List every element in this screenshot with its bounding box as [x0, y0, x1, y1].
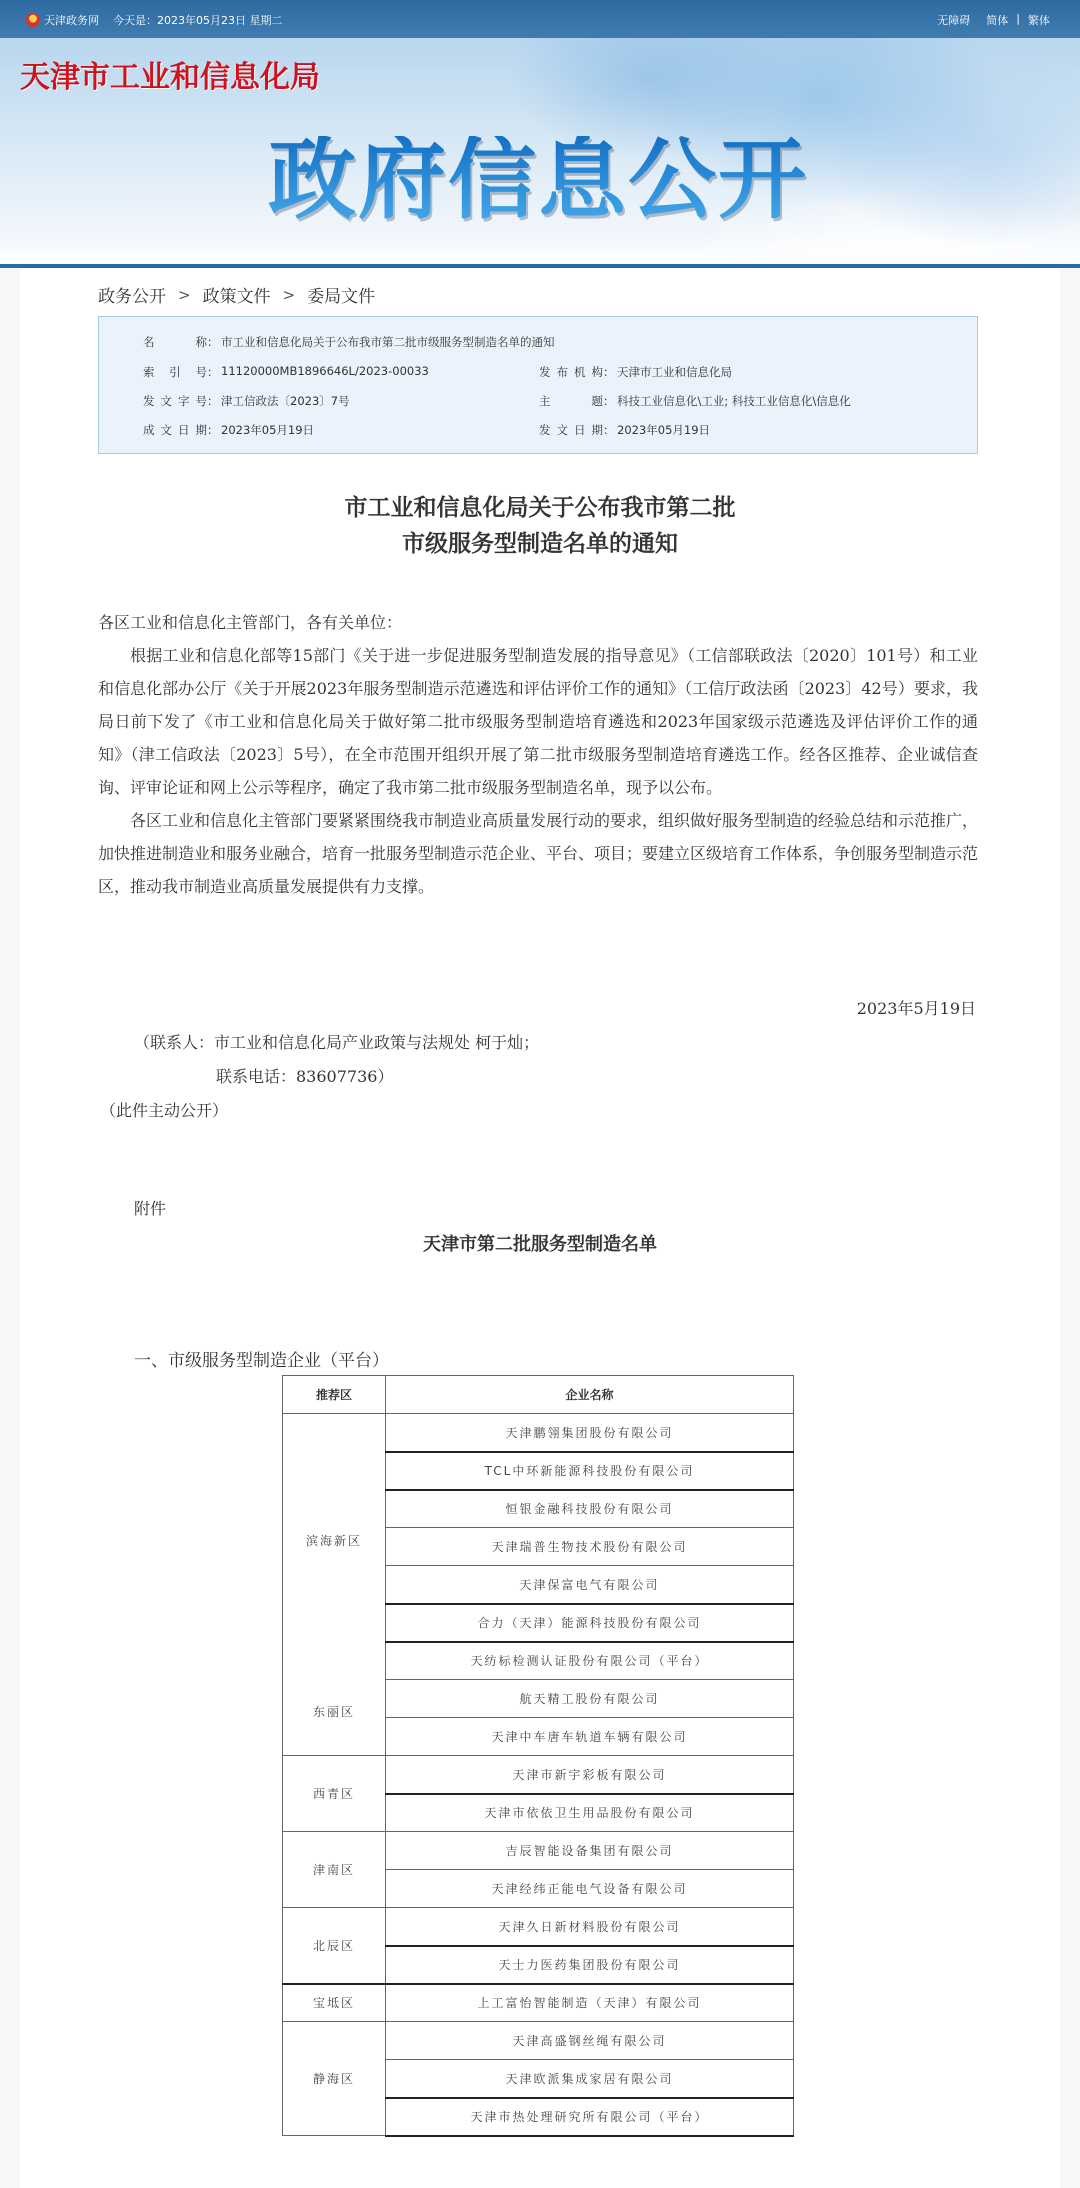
simplified-link[interactable]: 简体	[986, 12, 1008, 28]
company-cell: 天津瑞普生物技术股份有限公司	[386, 1528, 794, 1566]
company-cell: TCL中环新能源科技股份有限公司	[386, 1452, 794, 1490]
section-heading: 一、市级服务型制造企业（平台）	[134, 1346, 389, 1371]
breadcrumb-separator: >	[178, 286, 191, 304]
info-row-publisher: 发布机构 ： 天津市工业和信息化局	[539, 364, 732, 380]
main-content: 政务公开 > 政策文件 > 委局文件 名称 ： 市工业和信息化局关于公布我市第二…	[20, 268, 1060, 2188]
info-value: 市工业和信息化局关于公布我市第二批市级服务型制造名单的通知	[221, 334, 555, 350]
contact-person: （联系人：市工业和信息化局产业政策与法规处 柯于灿；	[134, 1030, 539, 1053]
header-banner: 天津市工业和信息化局 政府信息公开	[0, 38, 1080, 266]
company-cell: 天津高盛钢丝绳有限公司	[386, 2022, 794, 2060]
breadcrumb-item-policy-docs[interactable]: 政策文件	[203, 282, 271, 307]
company-cell: 天津经纬正能电气设备有限公司	[386, 1870, 794, 1908]
info-label: 发布机构	[539, 364, 603, 380]
info-row-created: 成文日期 ： 2023年05月19日	[143, 422, 314, 438]
site-name-link[interactable]: 天津政务网	[44, 12, 99, 28]
salutation: 各区工业和信息化主管部门，各有关单位：	[98, 606, 978, 639]
national-emblem-icon	[26, 13, 40, 27]
top-bar-left: 天津政务网 今天是：2023年05月23日 星期二	[26, 12, 296, 28]
top-bar: 天津政务网 今天是：2023年05月23日 星期二 无障碍 简体 | 繁体	[0, 0, 1080, 38]
company-cell: 合力（天津）能源科技股份有限公司	[386, 1604, 794, 1642]
district-cell: 北辰区	[283, 1908, 386, 1984]
lang-separator: |	[1016, 12, 1020, 28]
table-row: 滨海新区 东丽区 天津鹏翎集团股份有限公司	[283, 1414, 794, 1452]
info-label: 名称	[143, 334, 207, 350]
district-cell: 滨海新区 东丽区	[283, 1414, 386, 1756]
info-label: 索引号	[143, 364, 207, 380]
info-label: 发文日期	[539, 422, 603, 438]
table-row: 静海区 天津高盛钢丝绳有限公司	[283, 2022, 794, 2060]
company-cell: 天士力医药集团股份有限公司	[386, 1946, 794, 1984]
table-header-row: 推荐区 企业名称	[283, 1376, 794, 1414]
paragraph-1: 根据工业和信息化部等15部门《关于进一步促进服务型制造发展的指导意见》（工信部联…	[98, 639, 978, 804]
district-cell: 西青区	[283, 1756, 386, 1832]
info-value: 科技工业信息化\工业; 科技工业信息化\信息化	[617, 393, 851, 409]
info-label: 发文字号	[143, 393, 207, 409]
company-cell: 吉辰智能设备集团有限公司	[386, 1832, 794, 1870]
company-cell: 天津市新宇彩板有限公司	[386, 1756, 794, 1794]
company-cell: 天纺标检测认证股份有限公司（平台）	[386, 1642, 794, 1680]
signature-date: 2023年5月19日	[98, 996, 976, 1019]
paragraph-2: 各区工业和信息化主管部门要紧紧围绕我市制造业高质量发展行动的要求，组织做好服务型…	[98, 804, 978, 903]
district-cell: 宝坻区	[283, 1984, 386, 2022]
info-row-index: 索引号 ： 11120000MB1896646L/2023-00033	[143, 364, 429, 380]
district-cell: 津南区	[283, 1832, 386, 1908]
breadcrumb: 政务公开 > 政策文件 > 委局文件	[98, 282, 375, 307]
table-row: 北辰区 天津久日新材料股份有限公司	[283, 1908, 794, 1946]
info-value: 2023年05月19日	[617, 422, 710, 438]
company-list-table: 推荐区 企业名称 滨海新区 东丽区 天津鹏翎集团股份有限公司 TCL中环新能源科…	[282, 1375, 794, 2137]
info-row-docno: 发文字号 ： 津工信政法〔2023〕7号	[143, 393, 350, 409]
attachment-label: 附件	[134, 1196, 166, 1219]
info-row-issued: 发文日期 ： 2023年05月19日	[539, 422, 710, 438]
company-cell: 恒银金融科技股份有限公司	[386, 1490, 794, 1528]
table-row: 津南区 吉辰智能设备集团有限公司	[283, 1832, 794, 1870]
document-info-box: 名称 ： 市工业和信息化局关于公布我市第二批市级服务型制造名单的通知 索引号 ：…	[98, 316, 978, 454]
info-value: 2023年05月19日	[221, 422, 314, 438]
company-cell: 天津欧派集成家居有限公司	[386, 2060, 794, 2098]
info-row-topic: 主题 ： 科技工业信息化\工业; 科技工业信息化\信息化	[539, 393, 851, 409]
table-row: 西青区 天津市新宇彩板有限公司	[283, 1756, 794, 1794]
district-binhai: 滨海新区	[283, 1532, 385, 1549]
breadcrumb-item-bureau-docs[interactable]: 委局文件	[307, 282, 375, 307]
company-cell: 天津市热处理研究所有限公司（平台）	[386, 2098, 794, 2136]
info-label: 成文日期	[143, 422, 207, 438]
header-district: 推荐区	[283, 1376, 386, 1414]
info-value: 津工信政法〔2023〕7号	[221, 393, 350, 409]
breadcrumb-separator: >	[283, 286, 296, 304]
company-cell: 天津市依依卫生用品股份有限公司	[386, 1794, 794, 1832]
district-dongli: 东丽区	[283, 1703, 385, 1720]
accessibility-link[interactable]: 无障碍	[937, 12, 970, 28]
bureau-logo-text[interactable]: 天津市工业和信息化局	[20, 52, 320, 96]
attachment-title: 天津市第二批服务型制造名单	[20, 1230, 1060, 1256]
company-cell: 天津久日新材料股份有限公司	[386, 1908, 794, 1946]
table-row: 宝坻区 上工富怡智能制造（天津）有限公司	[283, 1984, 794, 2022]
company-cell: 天津鹏翎集团股份有限公司	[386, 1414, 794, 1452]
company-cell: 上工富怡智能制造（天津）有限公司	[386, 1984, 794, 2022]
info-row-name: 名称 ： 市工业和信息化局关于公布我市第二批市级服务型制造名单的通知	[143, 334, 555, 350]
article-body: 各区工业和信息化主管部门，各有关单位： 根据工业和信息化部等15部门《关于进一步…	[98, 606, 978, 903]
banner-title: 政府信息公开	[268, 136, 808, 224]
company-cell: 航天精工股份有限公司	[386, 1680, 794, 1718]
district-cell: 静海区	[283, 2022, 386, 2136]
top-bar-right: 无障碍 简体 | 繁体	[921, 12, 1050, 28]
company-cell: 天津保富电气有限公司	[386, 1566, 794, 1604]
info-value: 天津市工业和信息化局	[617, 364, 732, 380]
contact-phone: 联系电话：83607736）	[216, 1064, 393, 1087]
public-note: （此件主动公开）	[100, 1098, 228, 1121]
breadcrumb-item-gov-affairs[interactable]: 政务公开	[98, 282, 166, 307]
info-label: 主题	[539, 393, 603, 409]
company-cell: 天津中车唐车轨道车辆有限公司	[386, 1718, 794, 1756]
article-title: 市工业和信息化局关于公布我市第二批 市级服务型制造名单的通知	[20, 490, 1060, 562]
today-date: 今天是：2023年05月23日 星期二	[113, 12, 282, 28]
header-company: 企业名称	[386, 1376, 794, 1414]
traditional-link[interactable]: 繁体	[1028, 12, 1050, 28]
info-value: 11120000MB1896646L/2023-00033	[221, 364, 429, 380]
